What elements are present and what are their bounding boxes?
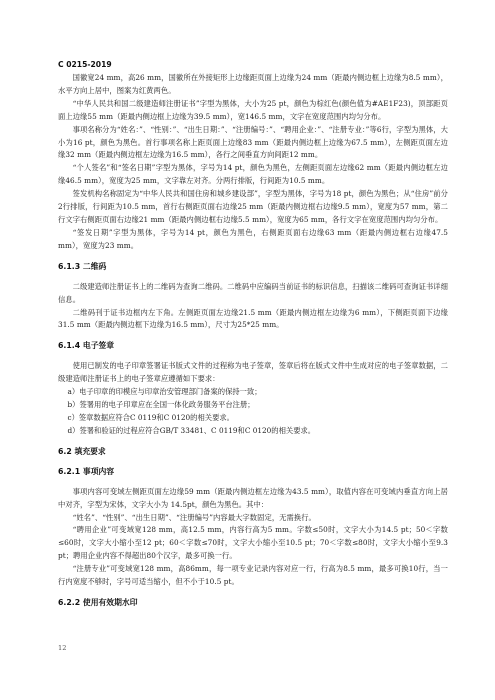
document-code: C 0215-2019 — [58, 58, 448, 72]
paragraph-qr-position: 二维码刊于证书边框内左下角。左侧距页面左边缘21.5 mm（距最内侧边框左边缘为… — [58, 307, 448, 333]
page-number: 12 — [58, 644, 66, 652]
paragraph-specialty-field: “注册专业”可变域宽128 mm，高86mm，每一项专业记录内容对应一行，行高为… — [58, 563, 448, 589]
list-item-seal-b: b）签署用的电子印章应在全国一体化政务服务平台注册； — [58, 399, 448, 412]
paragraph-title-font: “中华人民共和国二级建造师注册证书”字型为黑体，大小为25 pt，颜色为棕红色(… — [58, 98, 448, 124]
document-page: C 0215-2019 国徽宽24 mm，高26 mm，国徽所在外接矩形上边缘距… — [58, 58, 448, 609]
paragraph-seal-intro: 使用已制发的电子印章签署证书版式文件的过程称为电子签章，签章后将在版式文件中生成… — [58, 360, 448, 386]
list-item-seal-d: d）签署和验证的过程应符合GB/T 33481、C 0119和C 0120的相关… — [58, 425, 448, 438]
heading-item-content: 6.2.1 事项内容 — [58, 466, 448, 478]
paragraph-qr-purpose: 二级建造师注册证书上的二维码为查询二维码。二维码中应编码当前证书的标识信息，扫描… — [58, 281, 448, 307]
paragraph-issue-date: “签发日期”字型为黑体，字号为14 pt，颜色为黑色，右侧距页面右边缘63 mm… — [58, 227, 448, 253]
heading-e-seal: 6.1.4 电子签章 — [58, 340, 448, 352]
paragraph-employer-field: “聘用企业”可变域宽128 mm，高12.5 mm，内容行高为5 mm。字数≤5… — [58, 524, 448, 563]
paragraph-emblem: 国徽宽24 mm，高26 mm，国徽所在外接矩形上边缘距页面上边缘为24 mm（… — [58, 72, 448, 98]
paragraph-item-names: 事项名称分为“姓名：”、“性别：”、“出生日期：”、“注册编号：”、“聘用企业：… — [58, 124, 448, 163]
list-item-seal-c: c）签章数据应符合C 0119和C 0120的相关要求。 — [58, 412, 448, 425]
heading-validity-watermark: 6.2.2 使用有效期水印 — [58, 597, 448, 609]
list-item-seal-a: a）电子印章的印模应与印章治安管理部门备案的保持一致； — [58, 386, 448, 399]
heading-qr-code: 6.1.3 二维码 — [58, 261, 448, 273]
paragraph-item-content-area: 事项内容可变域左侧距页面左边缘59 mm（距最内侧边框左边缘为43.5 mm），… — [58, 486, 448, 512]
heading-fill-requirements: 6.2 填充要求 — [58, 446, 448, 458]
paragraph-issuer: 签发机构名称固定为“中华人民共和国住房和城乡建设部”，字型为黑体，字号为18 p… — [58, 188, 448, 227]
paragraph-fixed-fields: “姓名”、“性别”、“出生日期”、“注册编号”内容最大字数固定，无需换行。 — [58, 512, 448, 525]
paragraph-signature: “个人签名”和“签名日期”字型为黑体，字号为14 pt，颜色为黑色，左侧距页面左… — [58, 162, 448, 188]
